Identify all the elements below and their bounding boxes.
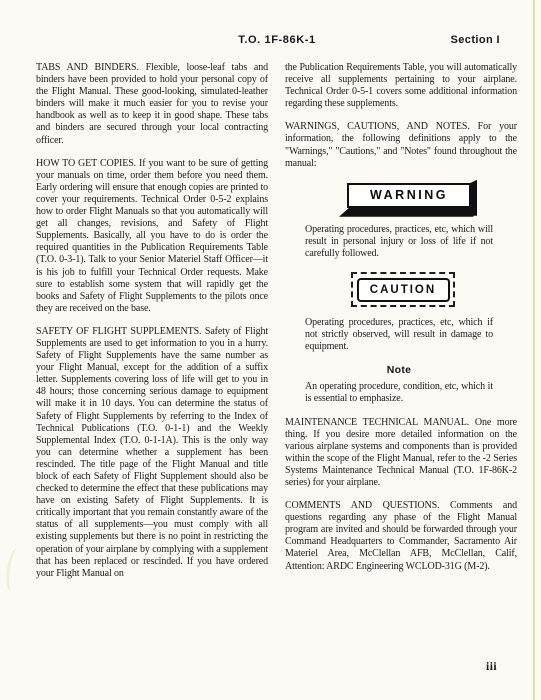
scan-artifact-mark (4, 547, 25, 593)
paragraph-maintenance-technical-manual: MAINTENANCE TECHNICAL MANUAL. One more t… (285, 417, 517, 490)
paragraph-how-to-get-copies: HOW TO GET COPIES. If you want to be sur… (36, 158, 268, 315)
paragraph-caution-definition: Operating procedures, practices, etc, wh… (305, 317, 493, 353)
manual-page: T.O. 1F-86K-1 Section I TABS AND BINDERS… (0, 0, 541, 700)
header-section-label: Section I (451, 34, 500, 46)
warning-box: WARNING (347, 183, 471, 208)
right-column: the Publication Requirements Table, you … (285, 62, 517, 584)
paragraph-warning-definition: Operating procedures, practices, etc, wh… (305, 224, 493, 260)
caution-box-label: CAUTION (357, 278, 450, 302)
paragraph-warnings-cautions-notes-intro: WARNINGS, CAUTIONS, AND NOTES. For your … (285, 121, 517, 169)
paragraph-continuation: the Publication Requirements Table, you … (285, 62, 517, 110)
caution-box: CAUTION (351, 272, 455, 307)
note-heading: Note (305, 364, 493, 376)
page-number: iii (486, 661, 497, 673)
paragraph-comments-and-questions: COMMENTS AND QUESTIONS. Comments and que… (285, 500, 517, 573)
left-column: TABS AND BINDERS. Flexible, loose-leaf t… (36, 62, 268, 591)
paragraph-note-definition: An operating procedure, condition, etc, … (305, 381, 493, 405)
page-edge-line (533, 0, 535, 700)
warning-box-label: WARNING (347, 183, 471, 208)
paragraph-tabs-and-binders: TABS AND BINDERS. Flexible, loose-leaf t… (36, 62, 268, 147)
paragraph-safety-of-flight-supplements: SAFETY OF FLIGHT SUPPLEMENTS. Safety of … (36, 326, 268, 580)
